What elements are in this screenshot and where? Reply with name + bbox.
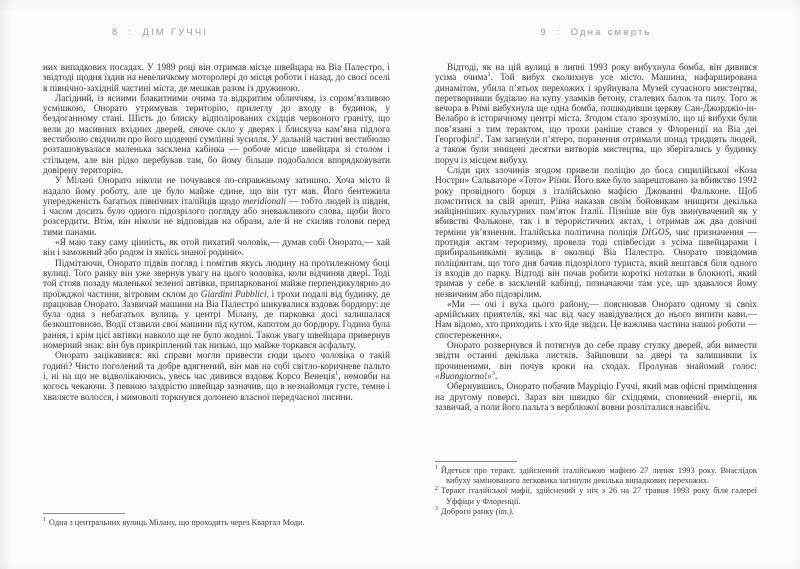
footnote-block-left: 1Одна з центральних вулиць Мілану, що пр… (43, 513, 390, 528)
text-run: , чиє призначення — протидія актам терор… (435, 228, 757, 300)
text-run: Теракт італійської мафії, здійснений у н… (441, 486, 757, 505)
text-run: . (495, 372, 497, 382)
page-number-left: 8 (112, 27, 119, 38)
paragraph: Онорато розвернувся й потягнув до себе п… (435, 341, 757, 382)
page-body-right: Відтоді, як на цій вулиці в липні 1993 р… (435, 63, 757, 413)
footnote: 3Доброго ранку (іт.). (435, 507, 757, 517)
running-head-title-left: ДІМ ГУЧЧІ (142, 27, 208, 38)
paragraph: У Мілані Онорато ніколи не почувався по-… (43, 176, 390, 238)
text-run: Лагідний, із ясними блакитними очима та … (43, 94, 390, 176)
paragraph: «Ми — очі і вуха цього району,— пояснюва… (435, 300, 757, 341)
footnote-marker: 1 (435, 465, 438, 471)
text-run: . Там загинули п’ятеро, поранення отрима… (435, 135, 757, 166)
paragraph: «Я маю таку саму цінність, як отой пихат… (43, 238, 390, 259)
running-head-left: 8 : ДІМ ГУЧЧІ (112, 27, 208, 38)
footnote-marker: 3 (435, 506, 438, 512)
footnote: 1Йдеться про теракт, здійснений італійсь… (435, 466, 757, 486)
footnote: 2Теракт італійської мафії, здійснений у … (435, 486, 757, 506)
text-run: Одна з центральних вулиць Мілану, що про… (49, 518, 305, 527)
footnote-rule (435, 461, 517, 462)
page-right: 9 : Одна смерть Відтоді, як на цій вулиц… (435, 0, 757, 569)
text-run: meridionali (243, 197, 286, 207)
text-run: них випадкових посадах. У 1989 році він … (43, 63, 390, 94)
footnotes-left: 1Одна з центральних вулиць Мілану, що пр… (43, 518, 390, 528)
footnote-marker: 2 (435, 486, 438, 492)
footnote-marker: 1 (43, 517, 46, 523)
paragraph: Підмітаючи, Онорато підвів погляд і помі… (43, 259, 390, 352)
text-run: «Buongiorno!» (435, 372, 492, 382)
running-head-title-right: Одна смерть (571, 27, 652, 38)
footnotes-right: 1Йдеться про теракт, здійснений італійсь… (435, 466, 757, 517)
text-run: Доброго ранку (441, 507, 496, 516)
paragraph: Обернувшись, Онорато побачив Мауріціо Гу… (435, 382, 757, 413)
book-spread: 8 : ДІМ ГУЧЧІ них випадкових посадах. У … (0, 0, 800, 569)
running-head-separator: : (557, 27, 562, 38)
text-run: DIGOS (641, 228, 669, 238)
paragraph: Сліди цих злочинів згодом привели поліці… (435, 166, 757, 300)
page-body-left: них випадкових посадах. У 1989 році він … (43, 63, 390, 403)
paragraph: Лагідний, із ясними блакитними очима та … (43, 94, 390, 176)
footnote-rule (43, 513, 125, 514)
text-run: «Я маю таку саму цінність, як отой пихат… (43, 238, 390, 258)
text-run: Йдеться про теракт, здійснений італійськ… (441, 466, 757, 485)
text-run: . (512, 507, 514, 516)
running-head-separator: : (128, 27, 133, 38)
paragraph: Відтоді, як на цій вулиці в липні 1993 р… (435, 63, 757, 166)
text-run: Giardini Pubblici (201, 290, 267, 300)
text-run: «Ми — очі і вуха цього району,— пояснюва… (435, 300, 757, 341)
text-run: (іт.) (496, 507, 512, 516)
footnote: 1Одна з центральних вулиць Мілану, що пр… (43, 518, 390, 528)
paragraph: них випадкових посадах. У 1989 році він … (43, 63, 390, 94)
paragraph: Онорато зацікавився: які справи могли пр… (43, 351, 390, 402)
running-head-right: 9 : Одна смерть (435, 27, 757, 38)
text-run: Онорато розвернувся й потягнув до себе п… (435, 341, 757, 372)
text-run: Обернувшись, Онорато побачив Мауріціо Гу… (435, 382, 757, 413)
footnote-block-right: 1Йдеться про теракт, здійснений італійсь… (435, 461, 757, 517)
page-left: 8 : ДІМ ГУЧЧІ них випадкових посадах. У … (43, 0, 390, 569)
page-number-right: 9 (540, 27, 547, 38)
